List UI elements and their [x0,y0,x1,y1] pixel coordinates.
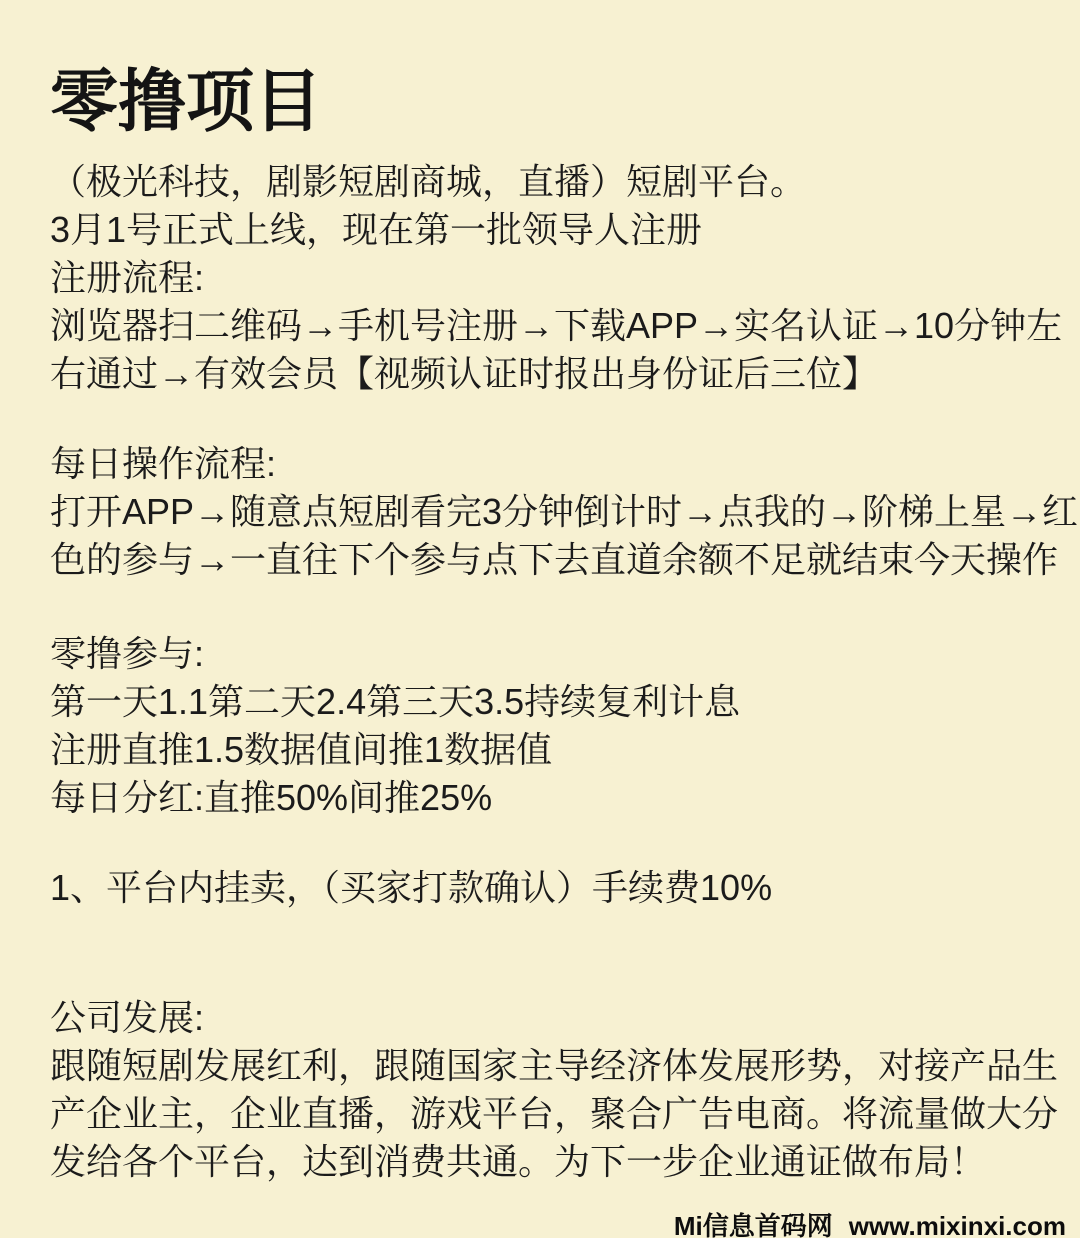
text-line-referral-values: 注册直推1.5数据值间推1数据值 [50,726,1060,774]
text-line-daily-steps-2: 色的参与→一直往下个参与点下去直道余额不足就结束今天操作 [50,536,1060,584]
text-line-participation-days: 第一天1.1第二天2.4第三天3.5持续复利计息 [50,678,1060,726]
text-line-company-1: 跟随短剧发展红利，跟随国家主导经济体发展形势，对接产品生 [50,1042,1060,1090]
text-line-register-heading: 注册流程: [50,254,1060,302]
text-line-daily-dividend: 每日分红:直推50%间推25% [50,774,1060,822]
text-line-sell-rule: 1、平台内挂卖，（买家打款确认）手续费10% [50,864,1060,912]
watermark-url: www.mixinxi.com [849,1211,1066,1238]
announcement-document: 零撸项目 （极光科技，剧影短剧商城，直播）短剧平台。 3月1号正式上线，现在第一… [50,56,1060,1186]
text-line-register-steps-1: 浏览器扫二维码→手机号注册→下载APP→实名认证→10分钟左 [50,302,1060,350]
text-line-daily-heading: 每日操作流程: [50,440,1060,488]
watermark: Mi信息首码网 www.mixinxi.com [674,1206,1066,1238]
text-line-launch-date: 3月1号正式上线，现在第一批领导人注册 [50,206,1060,254]
page-title: 零撸项目 [50,56,1060,148]
text-line-register-steps-2: 右通过→有效会员【视频认证时报出身份证后三位】 [50,350,1060,398]
text-line-platform: （极光科技，剧影短剧商城，直播）短剧平台。 [50,158,1060,206]
text-line-daily-steps-1: 打开APP→随意点短剧看完3分钟倒计时→点我的→阶梯上星→红 [50,488,1060,536]
text-line-company-3: 发给各个平台，达到消费共通。为下一步企业通证做布局！ [50,1138,1060,1186]
text-line-company-2: 产企业主，企业直播，游戏平台，聚合广告电商。将流量做大分 [50,1090,1060,1138]
watermark-site-name: Mi信息首码网 [674,1206,833,1238]
text-line-participation-heading: 零撸参与: [50,630,1060,678]
text-line-company-heading: 公司发展: [50,994,1060,1042]
